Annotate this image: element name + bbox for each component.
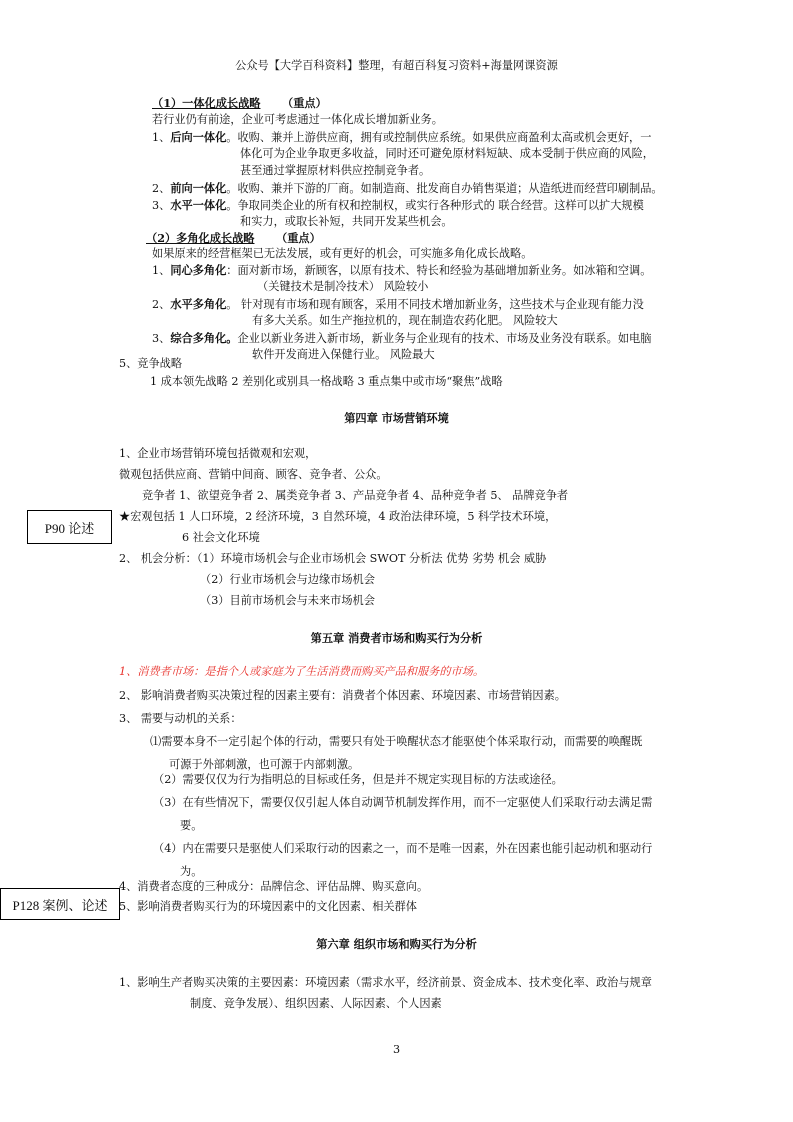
key-tag: （重点） xyxy=(276,231,321,245)
chapter-4-line: ★宏观包括 1 人口环境，2 经济环境，3 自然环境，4 政治法律环境，5 科学… xyxy=(119,509,556,525)
chapter-5-line: 4、消费者态度的三种成分：品牌信念、评估品牌、购买意向。 xyxy=(119,879,428,895)
section-intro: 如果原来的经营框架已无法发展，或有更好的机会，可实施多角化成长战略。 xyxy=(152,246,532,262)
chapter-5-line: 可源于外部刺激，也可源于内部刺激。 xyxy=(169,757,359,773)
list-item: 1、同心多角化：面对新市场，新顾客，以原有技术、特长和经验为基础增加新业务。如冰… xyxy=(152,262,651,279)
chapter-5-line: 为。 xyxy=(180,864,202,880)
list-item-continuation: 体化可为企业争取更多收益，同时还可避免原材料短缺、成本受制于供应商的风险， xyxy=(240,146,654,162)
page-header: 公众号【大学百科资料】整理，有超百科复习资料+海量网课资源 xyxy=(0,58,793,74)
page-number: 3 xyxy=(0,1042,793,1058)
chapter-5-line: 要。 xyxy=(180,818,202,834)
chapter-5-line: （3）在有些情况下，需要仅仅引起人体自动调节机制发挥作用，而不一定驱使人们采取行… xyxy=(153,795,652,811)
term: 后向一体化 xyxy=(170,130,226,144)
list-item-continuation: 甚至通过掌握原材料供应控制竞争者。 xyxy=(240,163,430,179)
margin-note-p128: P128 案例、论述 xyxy=(0,888,120,920)
term: 前向一体化 xyxy=(170,181,226,195)
list-item-continuation: 和实力，或取长补短，共同开发某些机会。 xyxy=(240,214,453,230)
section-title: （1）一体化成长战略 xyxy=(152,96,260,110)
term: 同心多角化 xyxy=(170,263,226,277)
chapter-5-line: （2）需要仅仅为行为指明总的目标或任务，但是并不规定实现目标的方法或途径。 xyxy=(153,772,563,788)
chapter-4-line: （2）行业市场机会与边缘市场机会 xyxy=(200,572,375,588)
section-title: （2）多角化成长战略 xyxy=(146,231,254,245)
competition-strategies: 1 成本领先战略 2 差别化或别具一格战略 3 重点集中或市场“聚焦”战略 xyxy=(150,374,503,390)
key-tag: （重点） xyxy=(282,96,327,110)
chapter-4-line: （3）目前市场机会与未来市场机会 xyxy=(200,593,375,609)
list-item: 2、水平多角化。 针对现有市场和现有顾客，采用不同技术增加新业务，这些技术与企业… xyxy=(152,296,644,313)
chapter-4-line: 2、 机会分析：（1）环境市场机会与企业市场机会 SWOT 分析法 优势 劣势 … xyxy=(119,551,546,567)
list-item: 3、水平一体化。争取同类企业的所有权和控制权，或实行各种形式的 联合经营。这样可… xyxy=(152,197,644,214)
term: 水平多角化 xyxy=(170,297,226,311)
list-item: 2、前向一体化。收购、兼并下游的厂商。如制造商、批发商自办销售渠道；从造纸进而经… xyxy=(152,180,663,197)
term: 综合多角化。 xyxy=(170,331,237,345)
chapter-4-line: 微观包括供应商、营销中间商、顾客、竞争者、公众。 xyxy=(119,467,388,483)
section-integration-heading: （1）一体化成长战略 （重点） xyxy=(152,95,327,112)
chapter-6-title: 第六章 组织市场和购买行为分析 xyxy=(0,936,793,952)
list-item-continuation: 有多大关系。如生产拖拉机的，现在制造农药化肥。 风险较大 xyxy=(252,313,558,329)
list-item-continuation: 软件开发商进入保健行业。 风险最大 xyxy=(252,347,435,363)
section-diversification-heading: （2）多角化成长战略 （重点） xyxy=(146,230,321,247)
chapter-5-line: 2、 影响消费者购买决策过程的因素主要有：消费者个体因素、环境因素、市场营销因素… xyxy=(119,688,566,704)
list-item: 3、综合多角化。企业以新业务进入新市场，新业务与企业现有的技术、市场及业务没有联… xyxy=(152,330,651,347)
chapter-4-line: 6 社会文化环境 xyxy=(182,530,260,546)
margin-note-p90: P90 论述 xyxy=(27,510,112,544)
chapter-5-highlight: 1、消费者市场：是指个人或家庭为了生活消费而购买产品和服务的市场。 xyxy=(119,664,484,680)
chapter-5-title: 第五章 消费者市场和购买行为分析 xyxy=(0,630,793,646)
chapter-5-line: 3、 需要与动机的关系： xyxy=(119,711,242,727)
chapter-6-line: 制度、竞争发展）、组织因素、人际因素、个人因素 xyxy=(190,996,442,1012)
chapter-5-line: ⑴需要本身不一定引起个体的行动，需要只有处于唤醒状态才能驱使个体采取行动，而需要… xyxy=(150,734,642,750)
term: 水平一体化 xyxy=(170,198,226,212)
list-item: 1、后向一体化。收购、兼并上游供应商，拥有或控制供应系统。如果供应商盈利太高或机… xyxy=(152,129,651,146)
competition-title: 5、竞争战略 xyxy=(119,356,182,372)
section-intro: 若行业仍有前途，企业可考虑通过一体化成长增加新业务。 xyxy=(152,112,443,128)
list-item-continuation: （关键技术是制冷技术） 风险较小 xyxy=(257,279,428,295)
chapter-6-line: 1、影响生产者购买决策的主要因素：环境因素（需求水平，经济前景、资金成本、技术变… xyxy=(119,975,652,991)
chapter-4-line: 竞争者 1、欲望竞争者 2、属类竞争者 3、产品竞争者 4、品种竞争者 5、 品… xyxy=(142,488,568,504)
chapter-5-line: （4）内在需要只是驱使人们采取行动的因素之一，而不是唯一因素，外在因素也能引起动… xyxy=(153,841,652,857)
chapter-5-line: 5、影响消费者购买行为的环境因素中的文化因素、相关群体 xyxy=(119,899,417,915)
chapter-4-line: 1、企业市场营销环境包括微观和宏观， xyxy=(119,446,316,462)
chapter-4-title: 第四章 市场营销环境 xyxy=(0,410,793,426)
